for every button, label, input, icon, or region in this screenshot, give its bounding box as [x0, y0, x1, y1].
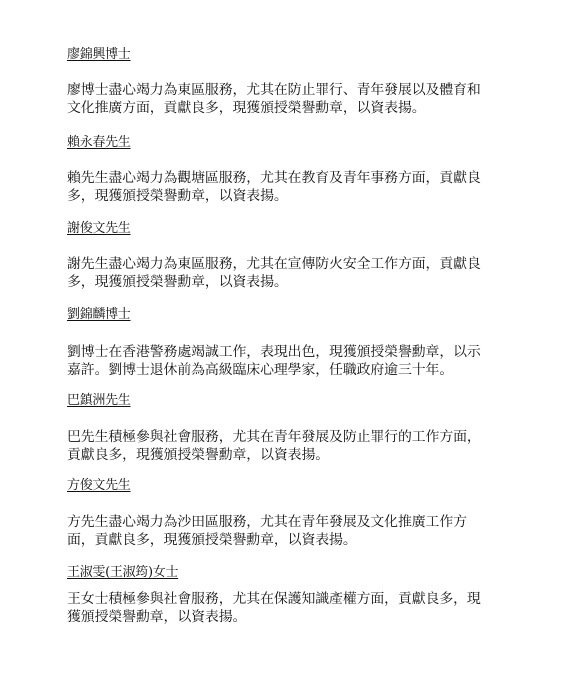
- citation-line: 方先生盡心竭力為沙田區服務，尤其在青年發展及文化推廣工作方: [67, 514, 517, 532]
- citation-line: 王女士積極參與社會服務，尤其在保護知識產權方面，貢獻良多，現: [67, 591, 517, 609]
- citation-line: 獲頒授榮譽勳章，以資表揚。: [67, 609, 517, 627]
- citation-line: 貢獻良多，現獲頒授榮譽勳章，以資表揚。: [67, 447, 517, 465]
- citation-line: 多，現獲頒授榮譽勳章，以資表揚。: [67, 274, 517, 292]
- recipient-name-heading: 方俊文先生: [67, 479, 131, 493]
- citation-line: 巴先生積極參與社會服務，尤其在青年發展及防止罪行的工作方面，: [67, 429, 517, 447]
- citation-paragraph: 賴先生盡心竭力為觀塘區服務，尤其在教育及青年事務方面，貢獻良 多，現獲頒授榮譽勳…: [67, 170, 517, 205]
- recipient-name-heading: 巴鎮洲先生: [67, 394, 131, 408]
- citation-paragraph: 廖博士盡心竭力為東區服務，尤其在防止罪行、青年發展以及體育和 文化推廣方面，貢獻…: [67, 82, 517, 117]
- citation-paragraph: 方先生盡心竭力為沙田區服務，尤其在青年發展及文化推廣工作方 面，貢獻良多，現獲頒…: [67, 514, 517, 549]
- recipient-name-heading: 謝俊文先生: [67, 222, 131, 236]
- recipient-name-heading: 劉錦麟博士: [67, 308, 131, 322]
- citation-line: 謝先生盡心竭力為東區服務，尤其在宣傳防火安全工作方面，貢獻良: [67, 256, 517, 274]
- citation-paragraph: 劉博士在香港警務處竭誠工作，表現出色，現獲頒授榮譽勳章，以示 嘉許。劉博士退休前…: [67, 344, 517, 379]
- citation-line: 多，現獲頒授榮譽勳章，以資表揚。: [67, 188, 517, 206]
- citation-line: 嘉許。劉博士退休前為高級臨床心理學家，任職政府逾三十年。: [67, 362, 517, 380]
- citation-line: 廖博士盡心竭力為東區服務，尤其在防止罪行、青年發展以及體育和: [67, 82, 517, 100]
- citation-paragraph: 謝先生盡心竭力為東區服務，尤其在宣傳防火安全工作方面，貢獻良 多，現獲頒授榮譽勳…: [67, 256, 517, 291]
- recipient-name-heading: 廖錦興博士: [67, 48, 131, 62]
- citation-line: 文化推廣方面，貢獻良多，現獲頒授榮譽勳章，以資表揚。: [67, 100, 517, 118]
- citation-line: 賴先生盡心竭力為觀塘區服務，尤其在教育及青年事務方面，貢獻良: [67, 170, 517, 188]
- citation-paragraph: 巴先生積極參與社會服務，尤其在青年發展及防止罪行的工作方面， 貢獻良多，現獲頒授…: [67, 429, 517, 464]
- citation-line: 劉博士在香港警務處竭誠工作，表現出色，現獲頒授榮譽勳章，以示: [67, 344, 517, 362]
- citation-line: 面，貢獻良多，現獲頒授榮譽勳章，以資表揚。: [67, 532, 517, 550]
- recipient-name-heading: 王淑雯(王淑筠)女士: [67, 566, 178, 580]
- citation-paragraph: 王女士積極參與社會服務，尤其在保護知識產權方面，貢獻良多，現 獲頒授榮譽勳章，以…: [67, 591, 517, 626]
- recipient-name-heading: 賴永春先生: [67, 136, 131, 150]
